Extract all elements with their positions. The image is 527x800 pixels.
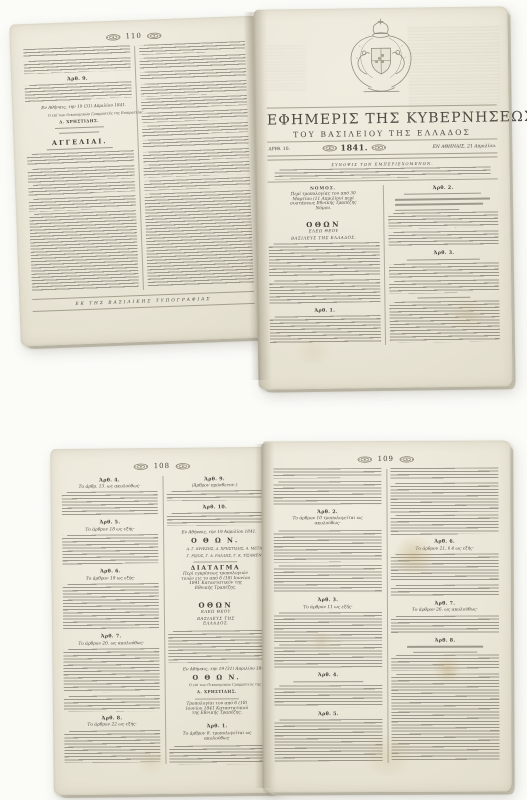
text-block bbox=[273, 468, 381, 478]
text-block bbox=[274, 530, 382, 562]
text-block bbox=[274, 644, 382, 668]
text-block bbox=[388, 262, 499, 279]
text-block bbox=[63, 583, 159, 630]
article-heading: Άρθ. 8. bbox=[74, 716, 151, 722]
article-subtitle: Το άρθρον 26. ως ακολούθως· bbox=[406, 608, 484, 613]
text-block bbox=[29, 211, 138, 293]
text-block bbox=[388, 230, 499, 247]
column-right: Άρθ. 9. (Άρθρον πρόσθετον.) Άρθ. 10. Εν … bbox=[166, 474, 265, 765]
page-108: 108 Άρθ. 4. Το άρθρ. 13. ως ακολούθως· Ά… bbox=[50, 447, 277, 795]
text-block bbox=[274, 565, 382, 593]
printer-ornament-icon bbox=[105, 33, 120, 41]
page-footer: ΕΚ ΤΗΣ ΒΑΣΙΛΙΚΗΣ ΤΥΠΟΓΡΑΦΙΑΣ bbox=[32, 291, 254, 312]
text-block bbox=[140, 68, 247, 81]
article-heading: Άρθ. 5. bbox=[72, 520, 149, 526]
issue-place-date: ΕΝ ΑΘΗΝΑΙΣ, 21 Απριλίου. bbox=[432, 143, 496, 149]
printer-ornament-icon bbox=[358, 456, 373, 463]
text-block bbox=[390, 468, 498, 480]
text-block bbox=[140, 80, 247, 97]
column-right: Άρθ. 6. Το άρθρον 21, § 4 ως εξής· Άρθ. … bbox=[390, 468, 499, 764]
printer-ornament-icon bbox=[371, 144, 386, 151]
text-columns: ΝΟΜΟΣ. Περί τροπολογίας του από 30 Μαρτί… bbox=[268, 182, 500, 347]
text-block bbox=[391, 584, 499, 596]
signature-caption: Ο επί των Οικονομικών Γραμματεύς της Επι… bbox=[189, 683, 245, 688]
article-heading: Άρθ. 2. bbox=[284, 509, 370, 515]
masthead-subtitle: ΤΟΥ ΒΑΣΙΛΕΙΟΥ ΤΗΣ ΕΛΛΑΔΟΣ bbox=[267, 127, 497, 139]
text-block bbox=[273, 481, 381, 505]
king-title-line: ΒΑΣΙΛΕΥΣ ΤΗΣ ΕΛΛΑΔΟΣ. bbox=[184, 616, 247, 626]
text-block bbox=[142, 148, 249, 163]
text-block bbox=[389, 300, 500, 343]
text-columns: Άρθ. 4. Το άρθρ. 13. ως ακολούθως· Άρθ. … bbox=[61, 474, 265, 766]
printer-ornament-icon bbox=[134, 463, 149, 470]
article-subtitle: Το άρθρ. 13. ως ακολούθως· bbox=[75, 484, 144, 490]
text-block bbox=[29, 195, 136, 212]
text-block bbox=[141, 122, 248, 138]
text-block bbox=[62, 534, 158, 565]
gazette-front-page: ΕΦΗΜΕΡΙΣ ΤΗΣ ΚΥΒΕΡΝΗΣΕΩΣ ΤΟΥ ΒΑΣΙΛΕΙΟΥ Τ… bbox=[253, 6, 512, 390]
article-heading: Άρθ. 4. bbox=[71, 477, 148, 483]
king-name: ΟΘΩΝ bbox=[168, 600, 264, 610]
page-number: 109 bbox=[378, 455, 394, 463]
article-heading: Άρθ. 9. bbox=[176, 476, 253, 482]
article-subtitle: Το άρθρον 18 ως εξής· bbox=[75, 527, 144, 533]
article-heading: Άρθ. 8. bbox=[402, 638, 488, 644]
issue-year-group: 1841. bbox=[322, 142, 386, 153]
signature-caption: Ο επί των Οικονομικών Γραμματεύς της Επι… bbox=[48, 111, 110, 117]
article-heading: Άρθ. 2. bbox=[398, 185, 486, 192]
article-subtitle: Το άρθρον 21, § 4 ως εξής· bbox=[406, 546, 484, 551]
royal-coat-of-arms bbox=[336, 15, 425, 104]
column-right: Άρθ. 2. Άρθ. 3. bbox=[387, 182, 500, 346]
column-left: Άρθ. 9. Εν Αθήναις, την 19 (31) Απριλίου… bbox=[23, 45, 138, 295]
dateline: Εν Αθήναις, την 19 (31) Απριλίου 1841. bbox=[41, 103, 116, 111]
text-block bbox=[23, 45, 130, 58]
text-block bbox=[142, 136, 249, 149]
masthead-title: ΕΦΗΜΕΡΙΣ ΤΗΣ ΚΥΒΕΡΝΗΣΕΩΣ bbox=[267, 109, 497, 128]
printer-ornament-icon bbox=[175, 462, 190, 469]
article-subtitle: (Άρθρον πρόσθετον.) bbox=[180, 483, 249, 489]
decree-subtitle: Περί εγκρίσεως τροπολογιών τινών εις το … bbox=[181, 571, 250, 591]
column-left: Άρθ. 2. Το άρθρον 10 τροπολογείται ως ακ… bbox=[273, 468, 382, 764]
column-left: Άρθ. 4. Το άρθρ. 13. ως ακολούθως· Άρθ. … bbox=[61, 475, 160, 766]
text-block bbox=[274, 719, 382, 762]
text-block bbox=[63, 648, 159, 693]
article-heading: Άρθ. 6. bbox=[401, 539, 487, 545]
article-subtitle: Το άρθρον 10 τροπολογείται ως ακολούθως· bbox=[289, 516, 367, 526]
text-block bbox=[395, 209, 459, 211]
dateline: Εν Αθήναις, την 19 Απριλίου 1841. bbox=[181, 529, 248, 535]
article-heading: Άρθ. 3. bbox=[285, 598, 371, 604]
text-block bbox=[59, 132, 99, 135]
page-110: 110 Άρθ. 9. Εν Αθήναις, την 19 (31) Απρι… bbox=[9, 16, 269, 347]
printer-ornament-icon bbox=[399, 455, 414, 462]
text-block bbox=[294, 681, 363, 682]
law-subtitle: Περί τροπολογίας του από 30 Μαρτίου (11 … bbox=[283, 191, 363, 211]
issue-year: 1841. bbox=[340, 143, 368, 153]
text-block bbox=[64, 695, 160, 712]
signature-name: Δ. ΧΡΗΣΤΙΔΗΣ. bbox=[43, 118, 116, 125]
article-heading: Άρθ. 1. bbox=[179, 724, 256, 730]
text-block bbox=[62, 491, 158, 516]
text-block bbox=[389, 280, 500, 295]
text-block bbox=[143, 161, 250, 178]
text-block bbox=[391, 615, 499, 633]
column-left: ΝΟΜΟΣ. Περί τροπολογίας του από 30 Μαρτί… bbox=[268, 184, 381, 348]
text-block bbox=[143, 177, 250, 191]
rule-divider bbox=[267, 153, 497, 161]
king-name: Ο Θ Ω Ν. bbox=[167, 536, 263, 545]
text-block bbox=[24, 57, 131, 74]
rule-divider bbox=[195, 698, 239, 699]
page-number: 110 bbox=[125, 32, 142, 41]
text-block bbox=[64, 730, 160, 764]
amendments-caption: Τροπολογίαι του από 6 (18) Ιουνίου 1841 … bbox=[182, 701, 251, 716]
issue-number: ΑΡΙΘ. 10. bbox=[268, 146, 290, 152]
article-subtitle: Το άρθρον 19 ως εξής· bbox=[76, 576, 145, 582]
king-name: Ο Θ Ω Ν. bbox=[169, 673, 265, 682]
page-header: 109 bbox=[273, 453, 498, 466]
text-block bbox=[395, 203, 483, 205]
king-grace-line: ΕΛΕΩ ΘΕΟΥ bbox=[184, 609, 247, 614]
column-right bbox=[139, 41, 254, 291]
text-block bbox=[169, 745, 265, 766]
article-subtitle: Το άρθρον 20. ως ακολούθως· bbox=[77, 641, 146, 647]
article-subtitle: Το άρθρον 22 ως εξής· bbox=[78, 722, 147, 728]
rule-divider bbox=[193, 561, 237, 562]
text-block bbox=[274, 166, 490, 179]
king-grace-line: ΕΛΕΩ ΘΕΟΥ bbox=[287, 229, 360, 235]
issue-line: ΑΡΙΘ. 10. 1841. ΕΝ ΑΘΗΝΑΙΣ, 21 Απριλίου. bbox=[268, 141, 496, 154]
printer-ornament-icon bbox=[322, 145, 337, 152]
text-block bbox=[24, 82, 131, 103]
text-block bbox=[388, 212, 499, 230]
text-block bbox=[407, 646, 483, 647]
article-heading: Άρθ. 6. bbox=[72, 569, 149, 575]
photo-backdrop: 110 Άρθ. 9. Εν Αθήναις, την 19 (31) Απρι… bbox=[0, 0, 527, 800]
text-block bbox=[55, 126, 104, 129]
text-block bbox=[391, 674, 499, 762]
text-block bbox=[167, 490, 263, 501]
text-block bbox=[269, 242, 380, 278]
article-heading: Άρθ. 10. bbox=[176, 505, 253, 511]
text-block bbox=[407, 259, 480, 261]
text-block bbox=[27, 150, 134, 166]
article-subtitle: Το άρθρον 11 ως εξής· bbox=[289, 605, 367, 610]
article-heading: Άρθ. 7. bbox=[73, 634, 150, 640]
text-block bbox=[27, 165, 134, 183]
text-block bbox=[418, 297, 471, 299]
text-block bbox=[390, 482, 498, 512]
text-block bbox=[141, 109, 248, 123]
page-109: 109 Άρθ. 2. Το άρθρον 10 τροπολογείται ω… bbox=[261, 440, 512, 792]
text-block bbox=[139, 41, 246, 55]
text-block bbox=[28, 181, 135, 196]
ministers-signatures: Γ. ΡΙΖΟΣ, Γ. Α. ΡΑΛΛΗΣ, Γ. Κ. ΤΙΣΑΜΕΝΟΣ. bbox=[186, 553, 244, 558]
article-heading: Άρθ. 1. bbox=[281, 308, 369, 315]
text-block bbox=[274, 612, 382, 642]
text-columns: Άρθ. 2. Το άρθρον 10 τροπολογείται ως ακ… bbox=[273, 468, 499, 765]
announcements-heading: ΑΓΓΕΛΙΑΙ. bbox=[26, 136, 133, 148]
text-block bbox=[391, 554, 499, 582]
dateline: Εν Αθήναις, την 19 (31) Απριλίου 1841. bbox=[183, 666, 250, 672]
text-block bbox=[395, 198, 490, 200]
text-block bbox=[391, 515, 499, 535]
text-block bbox=[141, 95, 248, 110]
text-columns: Άρθ. 9. Εν Αθήναις, την 19 (31) Απριλίου… bbox=[23, 41, 254, 295]
text-block bbox=[391, 655, 499, 671]
text-block bbox=[274, 685, 382, 707]
text-block bbox=[413, 651, 478, 652]
text-block bbox=[168, 630, 264, 663]
article-heading: Άρθ. 3. bbox=[399, 250, 487, 257]
text-block bbox=[270, 315, 381, 345]
text-block bbox=[47, 147, 113, 151]
ministers-signatures: Α. Γ. ΚΡΙΕΖΗΣ, Δ. ΧΡΗΣΤΙΔΗΣ, Α. ΜΕΤΑΞΑΣ, bbox=[186, 546, 244, 551]
signature-name: Δ. ΧΡΗΣΤΙΔΗΣ. bbox=[184, 689, 249, 694]
article-heading: Άρθ. 5. bbox=[285, 712, 371, 718]
page-header: 108 bbox=[61, 459, 262, 473]
text-block bbox=[404, 193, 481, 195]
rule-divider bbox=[267, 104, 497, 108]
showthrough-text bbox=[266, 45, 307, 92]
text-block bbox=[139, 54, 246, 70]
text-block bbox=[167, 512, 263, 526]
article-heading: Άρθ. 4. bbox=[285, 673, 371, 679]
text-block bbox=[269, 279, 380, 305]
printer-ornament-icon bbox=[147, 32, 162, 40]
article-subtitle: Το άρθρον 8. τροπολογείται ως ακολούθως· bbox=[183, 731, 252, 741]
king-title-line: ΒΑΣΙΛΕΥΣ ΤΗΣ ΕΛΛΑΔΟΣ. bbox=[287, 236, 360, 242]
article-heading: Άρθ. 7. bbox=[402, 601, 488, 607]
text-block bbox=[144, 189, 254, 288]
page-number: 108 bbox=[154, 462, 170, 470]
